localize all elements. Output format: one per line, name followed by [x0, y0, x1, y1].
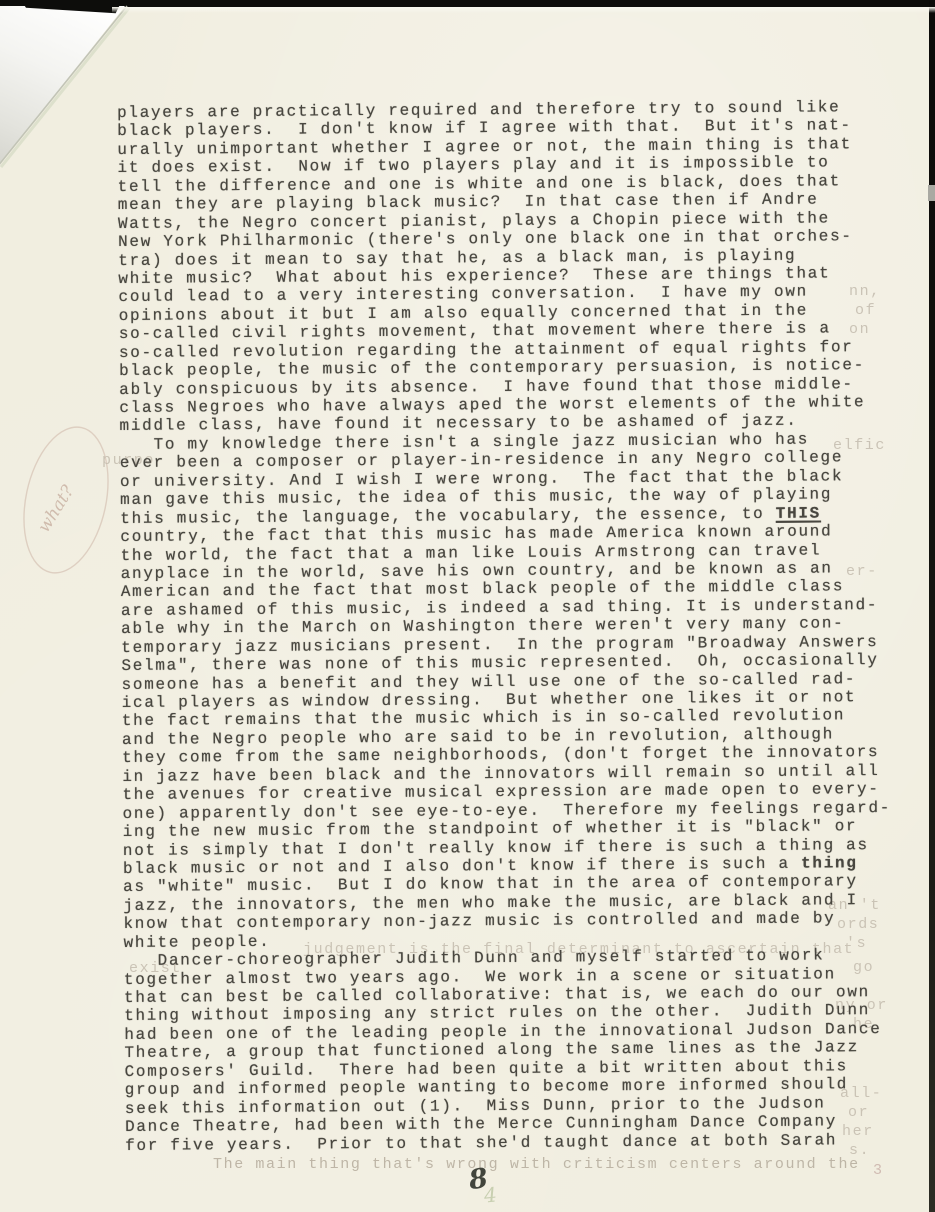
annotation-word: what?: [34, 481, 79, 536]
typed-text-block: players are practically required and the…: [117, 98, 915, 1155]
scanned-page: what? nn,ofonelficpurpoer-an 'tords'sjud…: [0, 0, 935, 1212]
page-top-edge: [112, 7, 935, 13]
scanner-edge-right: [929, 0, 935, 1212]
ghost-bleed-text: 3: [873, 1162, 884, 1179]
handwritten-annotation: what?: [8, 408, 128, 588]
page-number-ghost: 4: [483, 1182, 498, 1207]
page-edge-notch: [928, 185, 935, 201]
ghost-bleed-text: The main thing that's wrong with critici…: [213, 1156, 860, 1173]
under-sheet-corner: [0, 6, 128, 164]
scanner-edge-top: [0, 0, 935, 7]
